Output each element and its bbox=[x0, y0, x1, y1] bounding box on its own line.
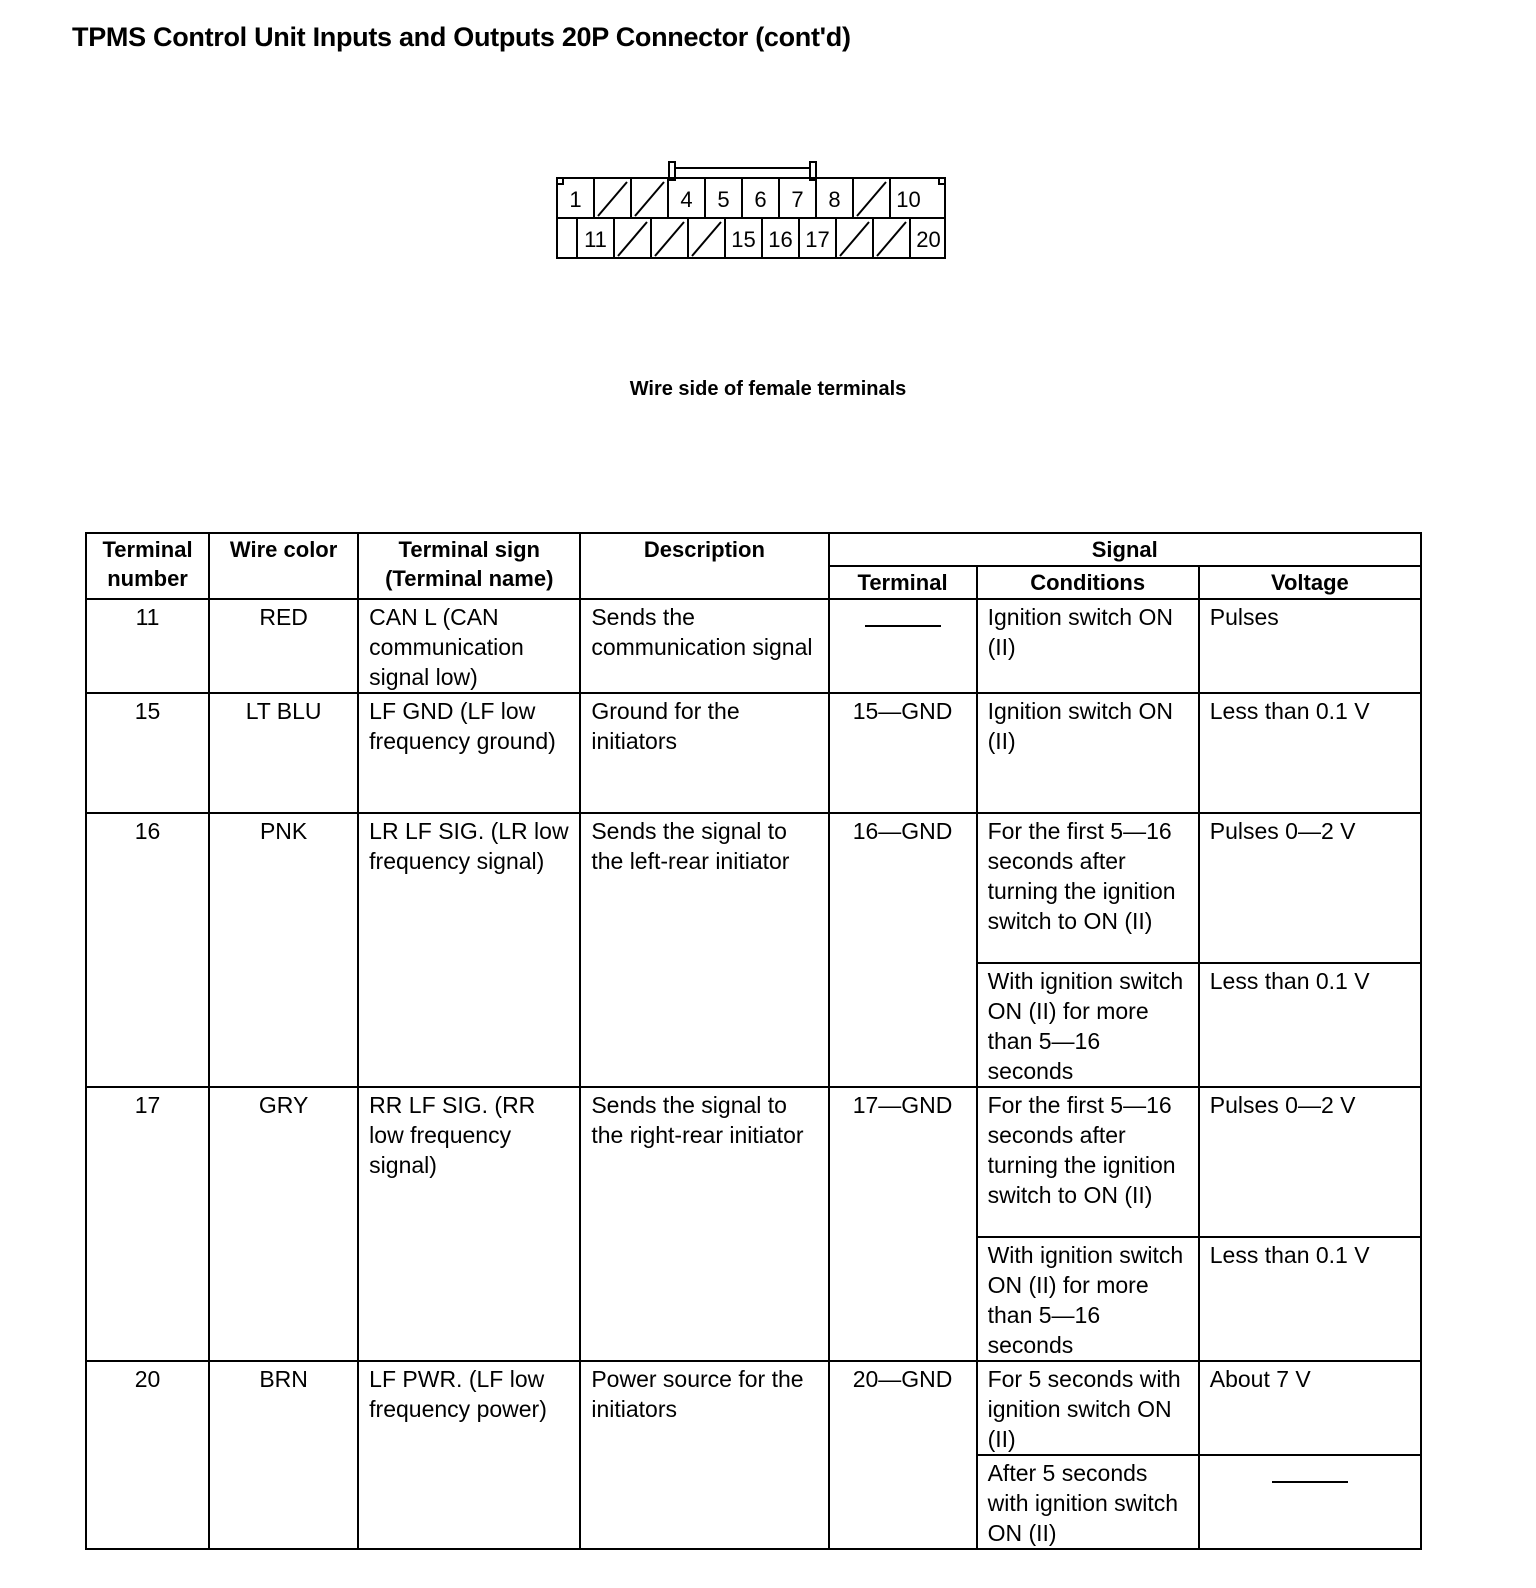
description-cell: Sends the communication signal bbox=[580, 599, 828, 693]
header-conditions: Conditions bbox=[977, 566, 1199, 599]
voltage-cell: Less than 0.1 V bbox=[1199, 963, 1421, 1087]
terminal-table: Terminal number Wire color Terminal sign… bbox=[85, 532, 1422, 1550]
svg-text:7: 7 bbox=[791, 187, 803, 212]
description-cell: Sends the signal to the left-rear initia… bbox=[580, 813, 828, 1087]
connector-caption: Wire side of female terminals bbox=[0, 378, 1536, 401]
wire-color-cell: BRN bbox=[209, 1361, 358, 1549]
signal-terminal-cell bbox=[829, 599, 977, 693]
voltage-cell bbox=[1199, 1455, 1421, 1549]
header-terminal-number: Terminal number bbox=[86, 533, 209, 599]
voltage-cell: Pulses bbox=[1199, 599, 1421, 693]
connector-diagram: 145678101115161720 bbox=[555, 160, 955, 265]
table-row: 20BRNLF PWR. (LF low frequency power)Pow… bbox=[86, 1361, 1421, 1455]
signal-terminal-cell: 17—GND bbox=[829, 1087, 977, 1361]
header-description: Description bbox=[580, 533, 828, 599]
table-row: 17GRYRR LF SIG. (RR low frequency signal… bbox=[86, 1087, 1421, 1237]
wire-color-cell: LT BLU bbox=[209, 693, 358, 813]
description-cell: Sends the signal to the right-rear initi… bbox=[580, 1087, 828, 1361]
signal-terminal-cell: 20—GND bbox=[829, 1361, 977, 1549]
table-row: 15LT BLULF GND (LF low frequency ground)… bbox=[86, 693, 1421, 813]
header-signal-terminal: Terminal bbox=[829, 566, 977, 599]
wire-color-cell: PNK bbox=[209, 813, 358, 1087]
svg-text:15: 15 bbox=[731, 227, 755, 252]
svg-text:8: 8 bbox=[828, 187, 840, 212]
terminal-number-cell: 17 bbox=[86, 1087, 209, 1361]
terminal-sign-cell: LF PWR. (LF low frequency power) bbox=[358, 1361, 580, 1549]
terminal-number-cell: 20 bbox=[86, 1361, 209, 1549]
terminal-sign-cell: CAN L (CAN communication signal low) bbox=[358, 599, 580, 693]
terminal-sign-cell: LF GND (LF low frequency ground) bbox=[358, 693, 580, 813]
terminal-number-cell: 11 bbox=[86, 599, 209, 693]
wire-color-cell: GRY bbox=[209, 1087, 358, 1361]
svg-text:1: 1 bbox=[569, 187, 581, 212]
terminal-sign-cell: LR LF SIG. (LR low frequency signal) bbox=[358, 813, 580, 1087]
header-terminal-sign: Terminal sign (Terminal name) bbox=[358, 533, 580, 599]
terminal-number-cell: 15 bbox=[86, 693, 209, 813]
page-title: TPMS Control Unit Inputs and Outputs 20P… bbox=[72, 22, 851, 53]
condition-cell: For 5 seconds with ignition switch ON (I… bbox=[977, 1361, 1199, 1455]
voltage-cell: Less than 0.1 V bbox=[1199, 693, 1421, 813]
svg-text:6: 6 bbox=[754, 187, 766, 212]
condition-cell: With ignition switch ON (II) for more th… bbox=[977, 1237, 1199, 1361]
wire-color-cell: RED bbox=[209, 599, 358, 693]
description-cell: Ground for the initiators bbox=[580, 693, 828, 813]
terminal-sign-cell: RR LF SIG. (RR low frequency signal) bbox=[358, 1087, 580, 1361]
description-cell: Power source for the initiators bbox=[580, 1361, 828, 1549]
svg-text:20: 20 bbox=[916, 227, 940, 252]
table-row: 11REDCAN L (CAN communication signal low… bbox=[86, 599, 1421, 693]
condition-cell: Ignition switch ON (II) bbox=[977, 599, 1199, 693]
svg-text:16: 16 bbox=[768, 227, 792, 252]
header-wire-color: Wire color bbox=[209, 533, 358, 599]
condition-cell: Ignition switch ON (II) bbox=[977, 693, 1199, 813]
svg-text:11: 11 bbox=[584, 227, 607, 252]
voltage-cell: Pulses 0—2 V bbox=[1199, 813, 1421, 963]
not-applicable-dash bbox=[865, 625, 941, 627]
condition-cell: With ignition switch ON (II) for more th… bbox=[977, 963, 1199, 1087]
signal-terminal-cell: 16—GND bbox=[829, 813, 977, 1087]
signal-terminal-cell: 15—GND bbox=[829, 693, 977, 813]
voltage-cell: Pulses 0—2 V bbox=[1199, 1087, 1421, 1237]
table-row: 16PNKLR LF SIG. (LR low frequency signal… bbox=[86, 813, 1421, 963]
svg-text:17: 17 bbox=[805, 227, 829, 252]
not-applicable-dash bbox=[1272, 1481, 1348, 1483]
condition-cell: After 5 seconds with ignition switch ON … bbox=[977, 1455, 1199, 1549]
voltage-cell: About 7 V bbox=[1199, 1361, 1421, 1455]
header-voltage: Voltage bbox=[1199, 566, 1421, 599]
terminal-number-cell: 16 bbox=[86, 813, 209, 1087]
condition-cell: For the first 5—16 seconds after turning… bbox=[977, 813, 1199, 963]
voltage-cell: Less than 0.1 V bbox=[1199, 1237, 1421, 1361]
condition-cell: For the first 5—16 seconds after turning… bbox=[977, 1087, 1199, 1237]
svg-text:4: 4 bbox=[680, 187, 692, 212]
header-signal: Signal bbox=[829, 533, 1422, 566]
svg-text:5: 5 bbox=[717, 187, 729, 212]
svg-text:10: 10 bbox=[896, 187, 920, 212]
